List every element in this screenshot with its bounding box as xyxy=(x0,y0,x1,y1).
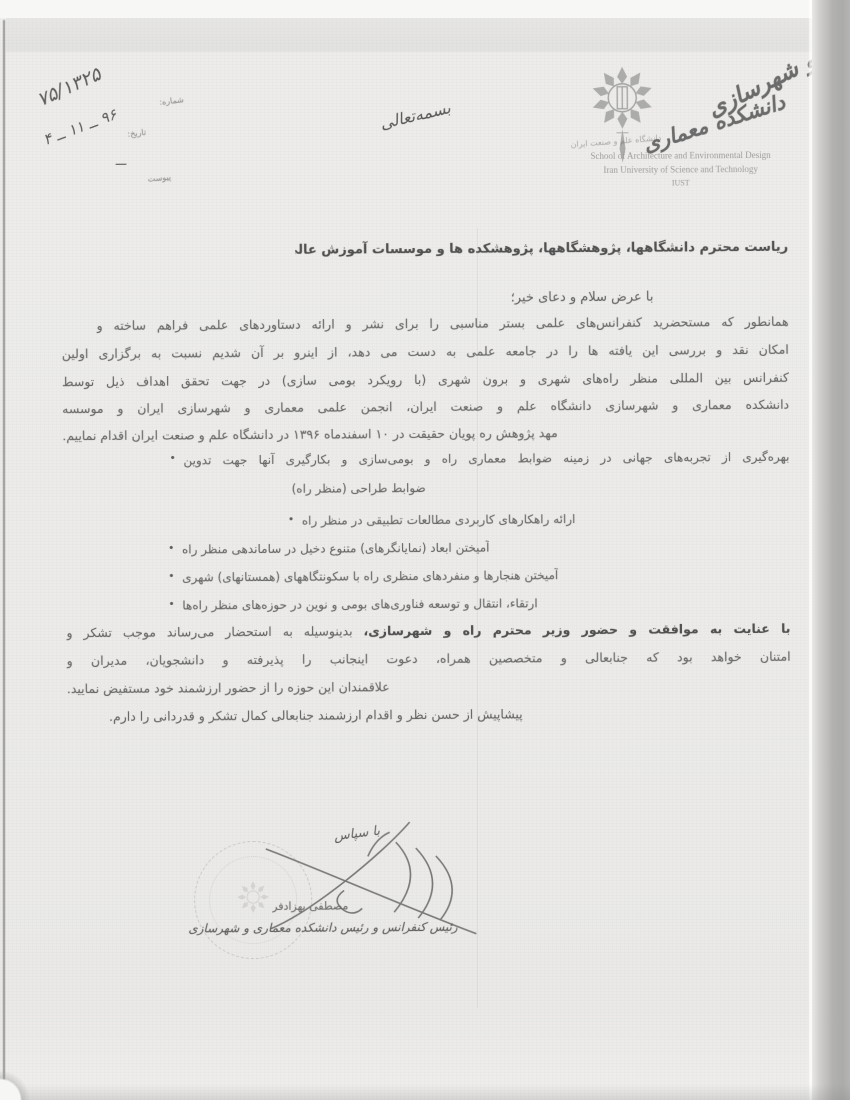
scanner-bed-edge xyxy=(812,0,850,1100)
page-corner-curl xyxy=(0,1056,44,1100)
english-caption: School of Architecture and Environmental… xyxy=(550,149,812,191)
body-line-4: دانشکده معماری و شهرسازی دانشگاه علم و ص… xyxy=(62,395,789,421)
body-line-1: همانطور که مستحضرید کنفرانس‌های علمی بست… xyxy=(97,312,789,338)
bullet-icon: • xyxy=(288,513,295,526)
addressee-line: ریاست محترم دانشگاهها، پژوهشگاهها، پژوهش… xyxy=(295,238,788,263)
attachment-label: پیوست xyxy=(147,173,171,184)
english-caption-line3: IUST xyxy=(550,176,812,191)
bullet-item-4: آمیختن هنجارها و منفردهای منظری راه با س… xyxy=(182,565,558,589)
besmellah-calligraphy: بسمه‌تعالی xyxy=(378,98,452,133)
handwritten-number: ۷۵/۱۳۲۵ xyxy=(34,63,105,111)
number-label: شماره: xyxy=(159,95,184,107)
scan-bottom-shade xyxy=(0,1084,850,1100)
bullet-icon: • xyxy=(169,452,176,465)
closing-line-3: علاقمندان این حوزه را از حضور ارزشمند خو… xyxy=(67,677,390,701)
signer-name: مصطفی بهزادفر xyxy=(272,896,348,918)
signer-title: رئیس کنفرانس و رئیس دانشکده معماری و شهر… xyxy=(188,917,458,941)
bullet-item-1: بهره‌گیری از تجربه‌های جهانی در زمینه ضو… xyxy=(183,447,789,473)
attachment-dash: ـــ xyxy=(116,154,127,168)
bullet-icon: • xyxy=(168,542,175,555)
closing-line-1: با عنایت به موافقت و حضور وزیر محترم راه… xyxy=(66,619,790,645)
bullet-icon: • xyxy=(168,570,175,583)
handwritten-date: ۴ ــ ۱۱ ــ ۹۶ xyxy=(41,105,119,149)
salutation-line: با عرض سلام و دعای خیر؛ xyxy=(418,288,653,311)
bullet-icon: • xyxy=(168,598,175,611)
bullet-item-5: ارتقاء، انتقال و توسعه فناوری‌های بومی و… xyxy=(182,593,537,617)
bullet-item-2: ارائه راهکارهای کاربردی مطالعات تطبیقی د… xyxy=(302,509,576,533)
bullet-item-3: آمیختن ابعاد (نمایانگرهای) متنوع دخیل در… xyxy=(182,538,490,562)
closing-line-1-rest: بدینوسیله به استحضار می‌رساند موجب تشکر … xyxy=(66,623,363,640)
body-line-3: کنفرانس بین المللی منظر راه‌های شهری و ب… xyxy=(62,368,789,394)
final-courtesy-line: پیشاپیش از حسن نظر و اقدام ارزشمند جنابع… xyxy=(109,704,523,729)
bullet-item-1-cont: ضوابط طراحی (منظر راه) xyxy=(292,478,426,501)
body-line-2: امکان نقد و بررسی این یافته ها را در جام… xyxy=(62,340,789,366)
closing-bold-phrase: با عنایت به موافقت و حضور وزیر محترم راه… xyxy=(364,621,791,639)
body-line-5: مهد پژوهش ره پویان حقیقت در ۱۰ اسفندماه … xyxy=(62,423,558,448)
scanned-letter-page: شماره: ۷۵/۱۳۲۵ تاریخ: ۴ ــ ۱۱ ــ ۹۶ ـــ … xyxy=(0,0,850,1100)
closing-line-2: امتنان خواهد بود که جنابعالی و متخصصین ه… xyxy=(67,647,791,673)
letter-content: شماره: ۷۵/۱۳۲۵ تاریخ: ۴ ــ ۱۱ ــ ۹۶ ـــ … xyxy=(0,0,850,1100)
date-label: تاریخ: xyxy=(127,128,147,139)
